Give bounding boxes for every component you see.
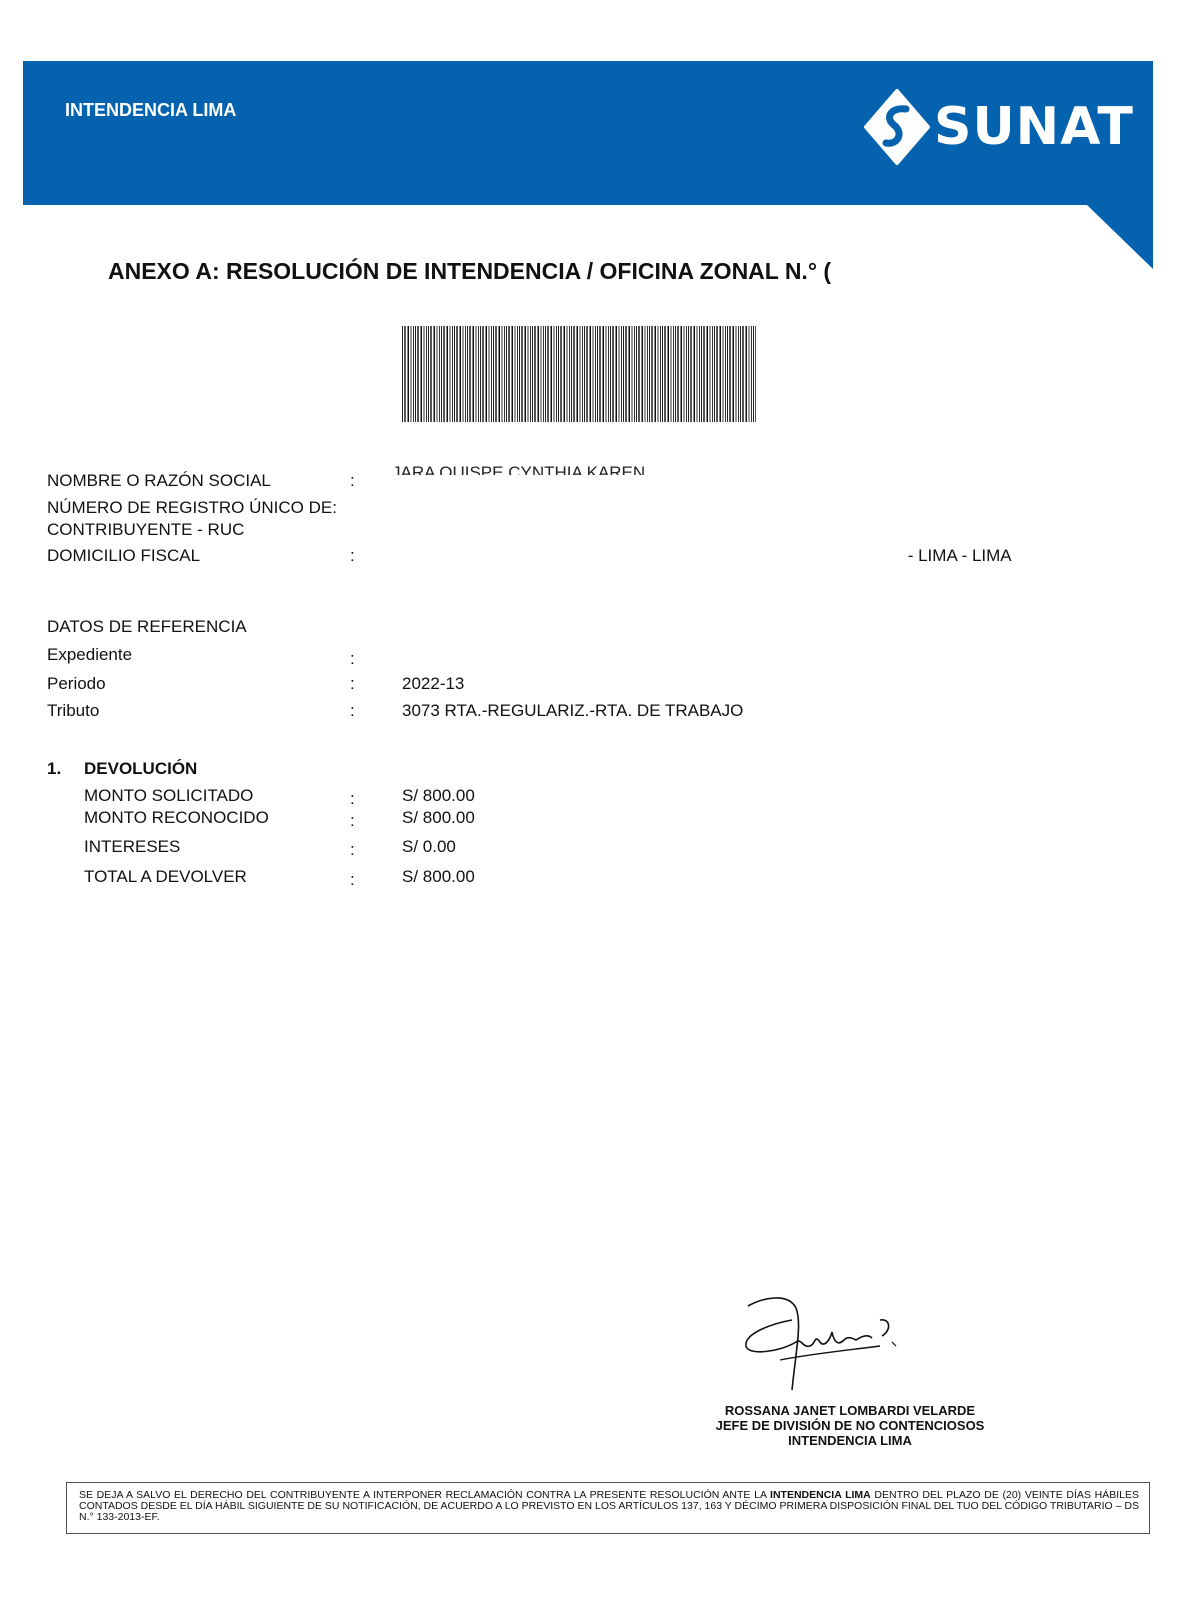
address-label: DOMICILIO FISCAL <box>47 546 200 566</box>
monto-reconocido-value: S/ 800.00 <box>402 808 475 828</box>
separator: : <box>350 789 355 809</box>
header-corner-tab <box>1086 204 1153 269</box>
ruc-label-line1: NÚMERO DE REGISTRO ÚNICO DE: <box>47 498 337 518</box>
total-devolver-value: S/ 800.00 <box>402 867 475 887</box>
office-title: INTENDENCIA LIMA <box>65 100 236 121</box>
signatory-office: INTENDENCIA LIMA <box>640 1433 1060 1448</box>
signatory-position: JEFE DE DIVISIÓN DE NO CONTENCIOSOS <box>640 1418 1060 1433</box>
intereses-value: S/ 0.00 <box>402 837 456 857</box>
address-value: - LIMA - LIMA <box>903 546 1012 566</box>
monto-solicitado-value: S/ 800.00 <box>402 786 475 806</box>
separator: : <box>350 870 355 890</box>
separator: : <box>350 546 355 566</box>
legal-notice-box: SE DEJA A SALVO EL DERECHO DEL CONTRIBUY… <box>66 1482 1150 1534</box>
separator: : <box>350 471 355 491</box>
separator: : <box>350 649 355 669</box>
total-devolver-label: TOTAL A DEVOLVER <box>84 867 247 887</box>
signatory-name: ROSSANA JANET LOMBARDI VELARDE <box>640 1403 1060 1418</box>
intereses-label: INTERESES <box>84 837 180 857</box>
document-title: ANEXO A: RESOLUCIÓN DE INTENDENCIA / OFI… <box>108 258 864 285</box>
section-number: 1. <box>47 759 61 779</box>
sunat-logo: SUNAT <box>862 82 1152 172</box>
name-label: NOMBRE O RAZÓN SOCIAL <box>47 471 271 491</box>
separator: : <box>350 811 355 831</box>
barcode-icon <box>402 326 756 422</box>
reference-title: DATOS DE REFERENCIA <box>47 617 247 637</box>
tributo-label: Tributo <box>47 701 99 721</box>
monto-solicitado-label: MONTO SOLICITADO <box>84 786 253 806</box>
monto-reconocido-label: MONTO RECONOCIDO <box>84 808 269 828</box>
signatory-block: ROSSANA JANET LOMBARDI VELARDE JEFE DE D… <box>640 1403 1060 1448</box>
name-value: JARA QUISPE CYNTHIA KAREN <box>392 463 645 475</box>
separator: : <box>350 701 355 721</box>
signature-image <box>740 1290 940 1400</box>
tributo-value: 3073 RTA.-REGULARIZ.-RTA. DE TRABAJO <box>402 701 743 721</box>
periodo-label: Periodo <box>47 674 106 694</box>
expediente-label: Expediente <box>47 645 132 665</box>
separator: : <box>350 674 355 694</box>
refund-title: DEVOLUCIÓN <box>84 759 197 779</box>
ruc-label-line2: CONTRIBUYENTE - RUC <box>47 520 244 540</box>
periodo-value: 2022-13 <box>402 674 464 694</box>
separator: : <box>350 840 355 860</box>
logo-text: SUNAT <box>934 97 1134 157</box>
sunat-diamond-icon <box>862 87 932 167</box>
